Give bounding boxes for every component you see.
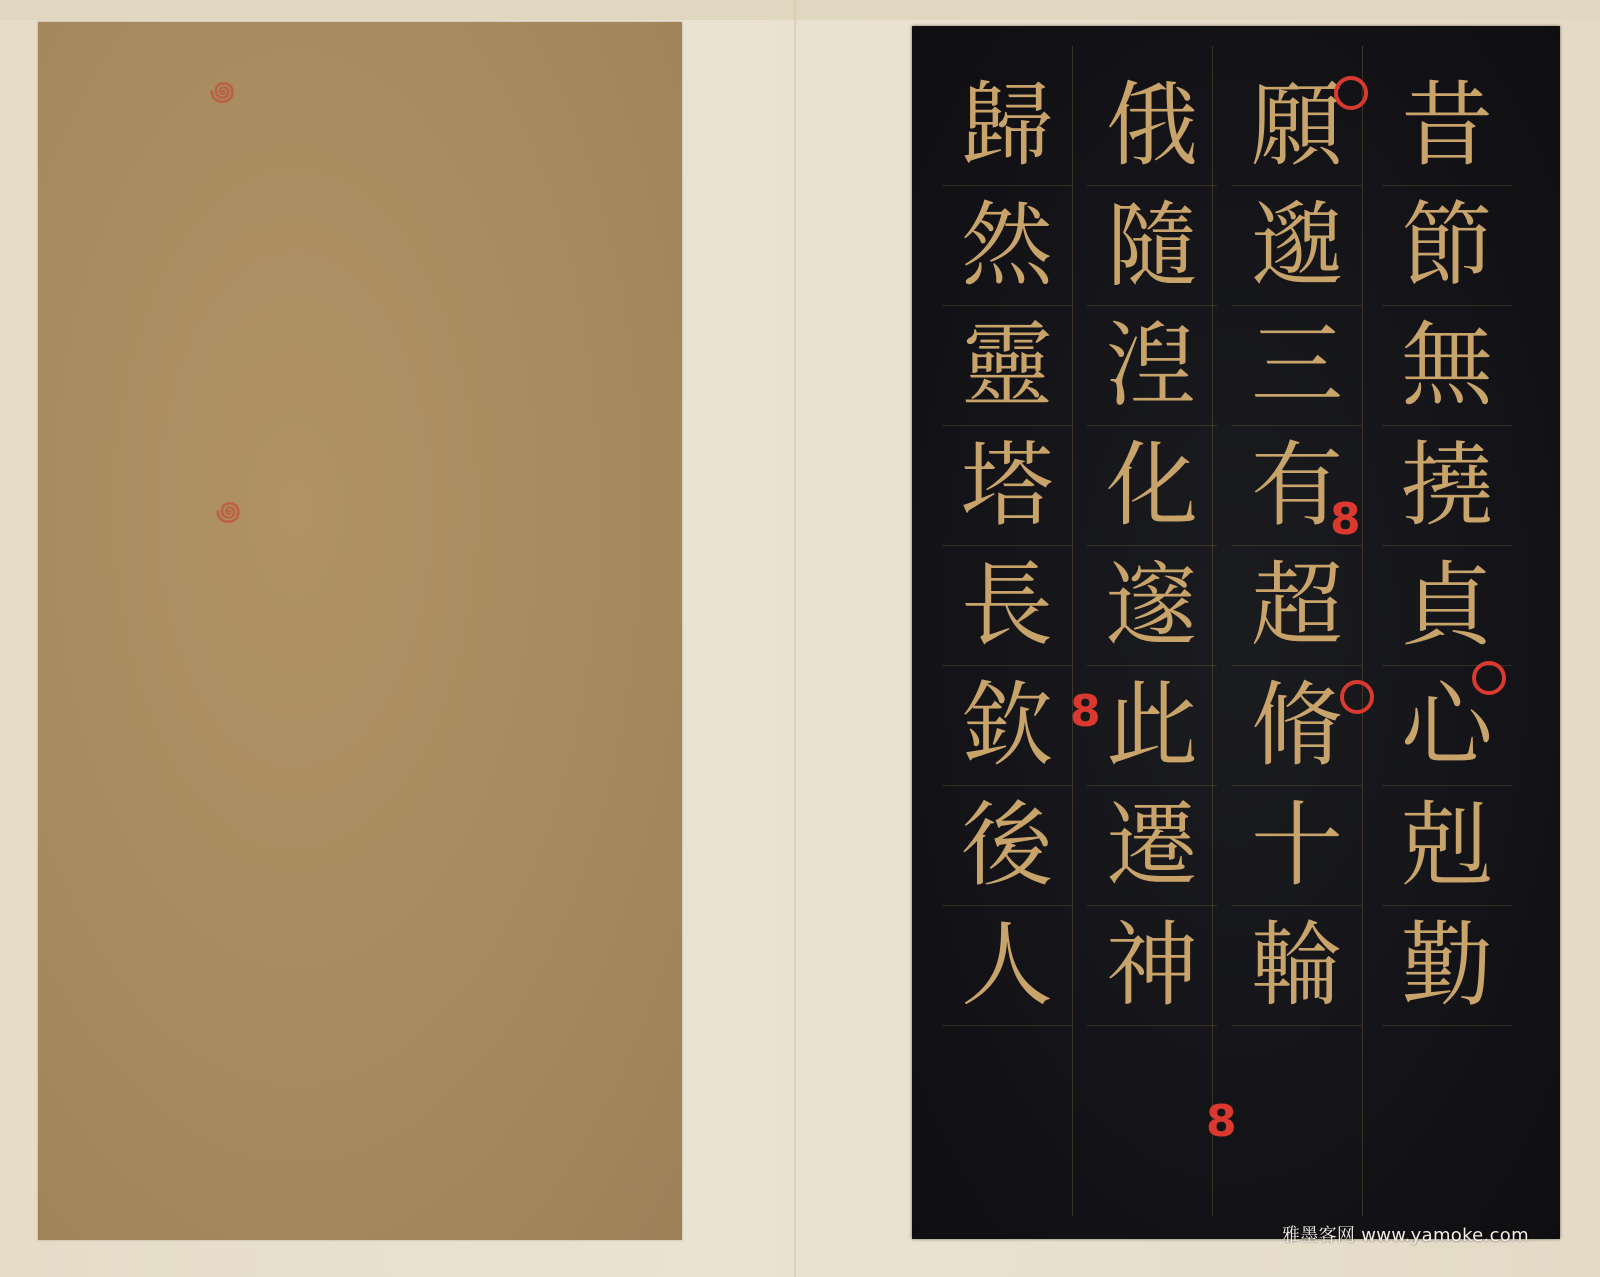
text-column-4: 歸 然 靈 塔 長 欽 後 人 — [942, 66, 1072, 1026]
character: 此 — [1087, 666, 1217, 786]
red-eight-mark: 8 — [1330, 494, 1361, 545]
character: 後 — [942, 786, 1072, 906]
text-column-3: 俄 隨 湼 化 邃 此 遷 神 — [1087, 66, 1217, 1026]
character: 超 — [1232, 546, 1362, 666]
character: 化 — [1087, 426, 1217, 546]
character: 神 — [1087, 906, 1217, 1026]
character: 脩 — [1232, 666, 1362, 786]
character: 撓 — [1382, 426, 1512, 546]
left-blank-leaf: ꩜ ꩜ — [38, 22, 682, 1240]
character: 欽 — [942, 666, 1072, 786]
mount-top-edge — [0, 0, 1600, 20]
column-gridline — [1362, 46, 1363, 1216]
character: 剋 — [1382, 786, 1512, 906]
character: 邈 — [1232, 186, 1362, 306]
album-fold-line — [794, 0, 796, 1277]
character: 然 — [942, 186, 1072, 306]
character: 勤 — [1382, 906, 1512, 1026]
character: 輪 — [1232, 906, 1362, 1026]
character: 塔 — [942, 426, 1072, 546]
red-eight-mark: 8 — [1070, 686, 1101, 737]
ink-rubbing-leaf: 昔 節 無 撓 貞 心 剋 勤 願 邈 三 有 超 脩 十 輪 俄 隨 湼 化 … — [912, 26, 1560, 1239]
character: 遷 — [1087, 786, 1217, 906]
character: 隨 — [1087, 186, 1217, 306]
character: 三 — [1232, 306, 1362, 426]
character: 貞 — [1382, 546, 1512, 666]
character: 節 — [1382, 186, 1512, 306]
red-eight-mark: 8 — [1206, 1096, 1237, 1147]
red-circle-mark — [1472, 661, 1506, 695]
faint-seal-mark: ꩜ — [216, 492, 241, 530]
character: 湼 — [1087, 306, 1217, 426]
text-column-1: 昔 節 無 撓 貞 心 剋 勤 — [1382, 66, 1512, 1026]
character: 人 — [942, 906, 1072, 1026]
site-watermark: 雅墨客网 www.yamoke.com — [1282, 1221, 1529, 1247]
faint-seal-mark: ꩜ — [210, 72, 235, 110]
character: 十 — [1232, 786, 1362, 906]
character: 邃 — [1087, 546, 1217, 666]
character: 靈 — [942, 306, 1072, 426]
character: 俄 — [1087, 66, 1217, 186]
character: 長 — [942, 546, 1072, 666]
text-column-2: 願 邈 三 有 超 脩 十 輪 — [1232, 66, 1362, 1026]
red-circle-mark — [1334, 76, 1368, 110]
character: 昔 — [1382, 66, 1512, 186]
column-gridline — [1072, 46, 1073, 1216]
character: 歸 — [942, 66, 1072, 186]
character: 無 — [1382, 306, 1512, 426]
red-circle-mark — [1340, 680, 1374, 714]
